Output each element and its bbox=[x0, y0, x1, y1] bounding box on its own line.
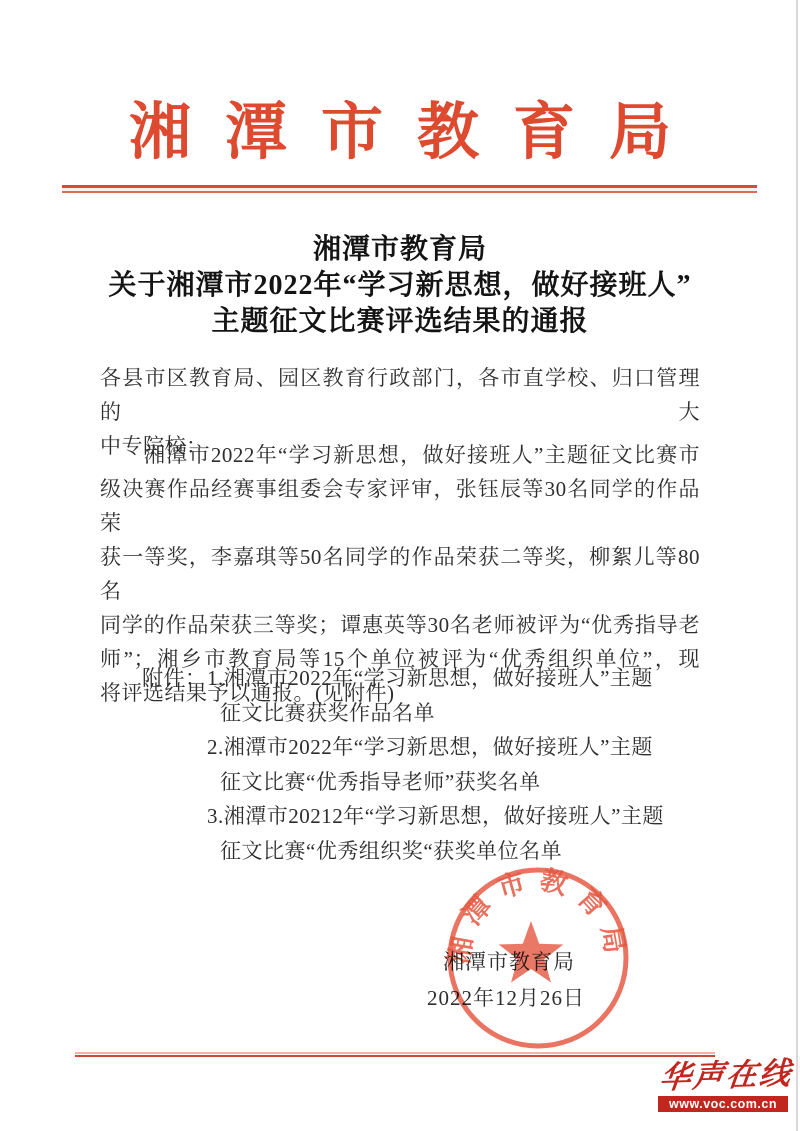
title-line-2: 关于湘潭市2022年“学习新思想，做好接班人” bbox=[0, 268, 800, 304]
attachment-item-1-line-2: 征文比赛获奖作品名单 bbox=[142, 696, 702, 731]
watermark-rule-light bbox=[75, 1052, 715, 1054]
attachment-item-2-line-1: 2.湘潭市2022年“学习新思想，做好接班人”主题 bbox=[142, 730, 702, 765]
voc-brand-logo: 华声在线 bbox=[658, 1054, 793, 1099]
attachment-item-1-line-1: 附件：1.湘潭市2022年“学习新思想，做好接班人”主题 bbox=[142, 661, 702, 696]
paragraph-line-2: 级决赛作品经赛事组委会专家评审，张钰辰等30名同学的作品荣 bbox=[100, 472, 700, 540]
document-title: 湘潭市教育局 关于湘潭市2022年“学习新思想，做好接班人” 主题征文比赛评选结… bbox=[0, 232, 800, 340]
watermark-rule-dark bbox=[75, 1055, 715, 1057]
salutation-line-1: 各县市区教育局、园区教育行政部门，各市直学校、归口管理的大 bbox=[100, 361, 700, 429]
scan-right-edge bbox=[796, 0, 798, 1131]
voc-url-banner: www.voc.com.cn bbox=[658, 1096, 788, 1112]
attachments-list: 附件：1.湘潭市2022年“学习新思想，做好接班人”主题 征文比赛获奖作品名单 … bbox=[142, 661, 702, 868]
attachment-1-title: 1.湘潭市2022年“学习新思想，做好接班人”主题 bbox=[207, 666, 653, 690]
paragraph-line-1: 湘潭市2022年“学习新思想，做好接班人”主题征文比赛市 bbox=[100, 438, 700, 472]
paragraph-line-3: 获一等奖，李嘉琪等50名同学的作品荣获二等奖，柳絮儿等80名 bbox=[100, 540, 700, 608]
attachment-item-3-line-1: 3.湘潭市20212年“学习新思想，做好接班人”主题 bbox=[142, 799, 702, 834]
rule-bottom-line bbox=[62, 191, 757, 193]
attachment-item-2-line-2: 征文比赛“优秀指导老师”获奖名单 bbox=[142, 765, 702, 800]
letterhead-agency-name: 湘潭市教育局 bbox=[0, 92, 800, 174]
seal-star-icon bbox=[499, 921, 564, 983]
title-line-1: 湘潭市教育局 bbox=[0, 232, 800, 268]
watermark-rule bbox=[75, 1052, 715, 1057]
official-document-page: 湘潭市教育局 湘潭市教育局 关于湘潭市2022年“学习新思想，做好接班人” 主题… bbox=[0, 0, 800, 1131]
letterhead-double-rule bbox=[62, 185, 757, 193]
attachments-label: 附件： bbox=[142, 661, 207, 696]
paragraph-line-4: 同学的作品荣获三等奖；谭惠英等30名老师被评为“优秀指导老 bbox=[100, 608, 700, 642]
title-line-3: 主题征文比赛评选结果的通报 bbox=[0, 304, 800, 340]
official-seal: 湘潭市教育局 bbox=[438, 858, 638, 1058]
